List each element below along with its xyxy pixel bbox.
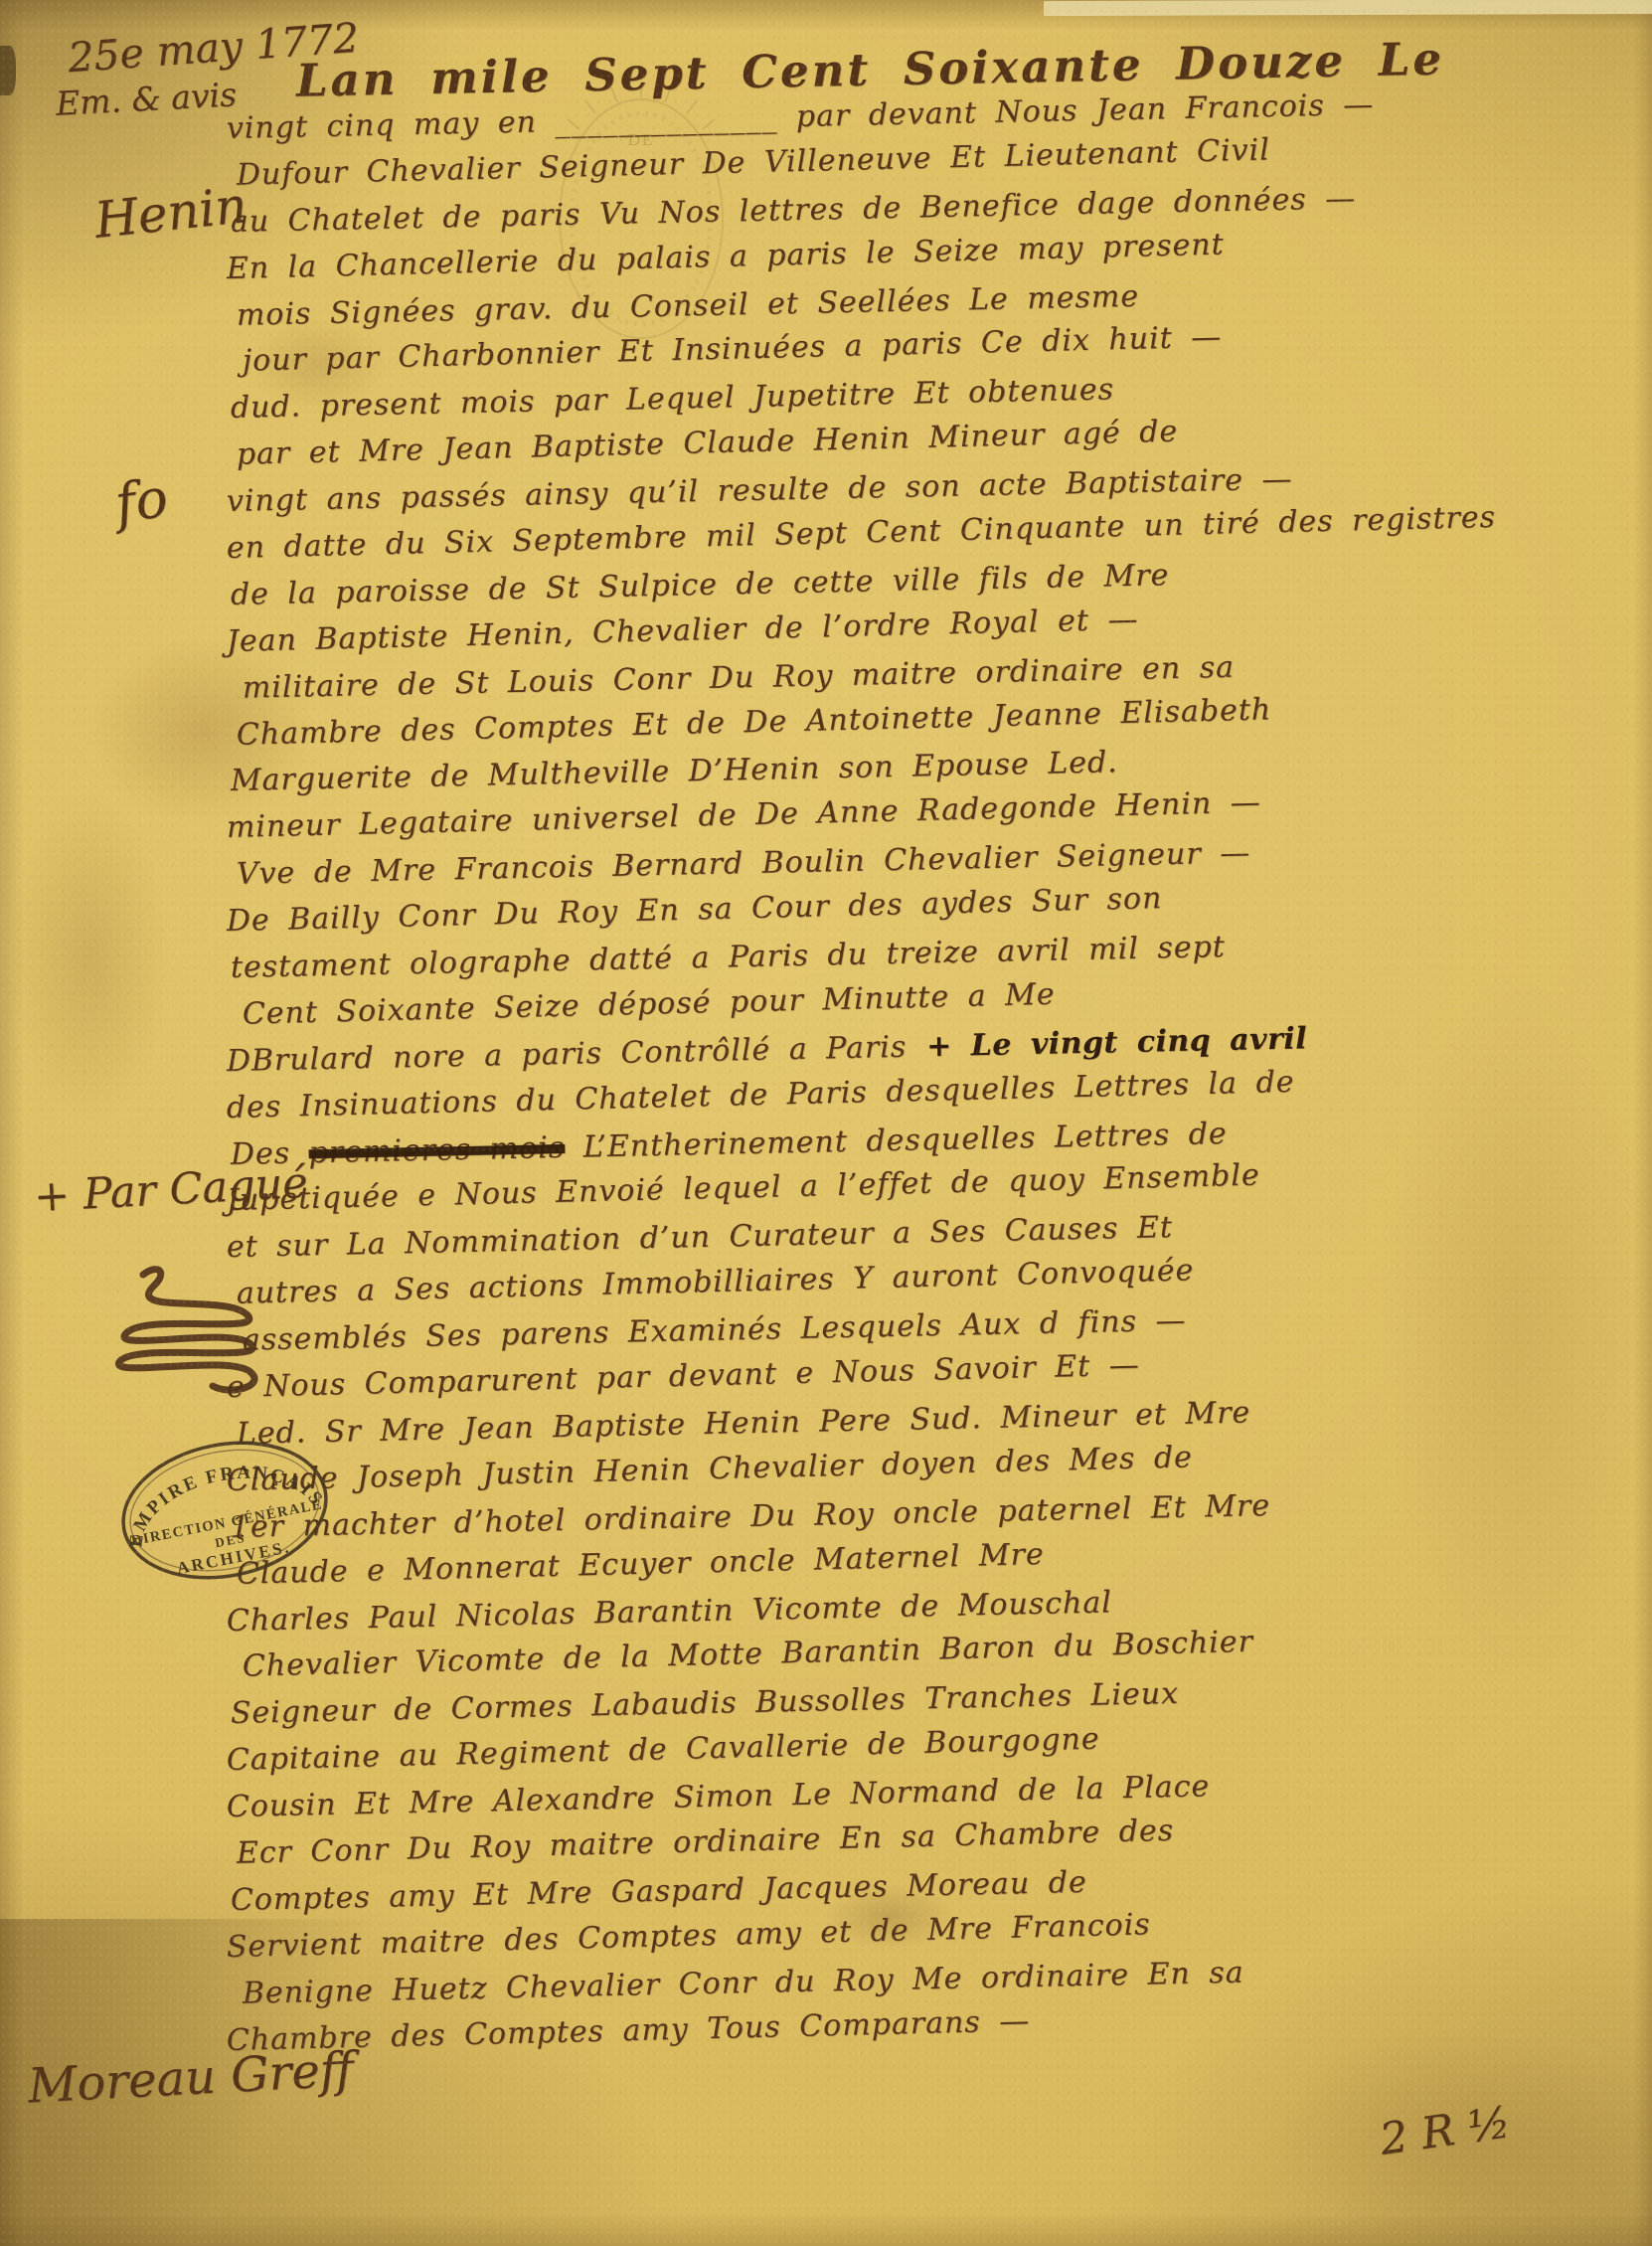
manuscript-text-block: Lan mile Sept Cent Soixante Douze Le vin… bbox=[227, 56, 1622, 2069]
marginal-insertion: + Le vingt cinq avril bbox=[926, 1021, 1308, 1064]
paper-stain bbox=[10, 795, 169, 1123]
clerk-signature: Moreau Greff bbox=[27, 2041, 355, 2114]
fee-notation: 2 R ½ bbox=[1377, 2097, 1514, 2165]
paper-edge-notch bbox=[0, 46, 16, 95]
margin-folio-mark: fo bbox=[111, 466, 172, 536]
paper-edge-highlight bbox=[1044, 0, 1652, 16]
struck-words: premieres mois bbox=[308, 1129, 565, 1169]
manuscript-page: DE Lan mile Sept Cent Soixante Douze Le … bbox=[0, 0, 1652, 2246]
paraph-flourish bbox=[82, 1255, 290, 1399]
margin-registry-note: Em. & avis bbox=[55, 75, 238, 122]
